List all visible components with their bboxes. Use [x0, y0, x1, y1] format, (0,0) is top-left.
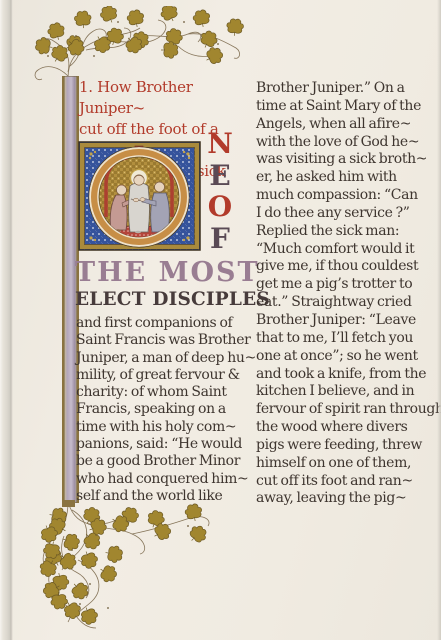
text-line: cut off its foot and ran~: [256, 473, 440, 491]
manuscript-photo: 1. How Brother Juniper~cut off the foot …: [0, 0, 441, 640]
text-line: self and the world like: [76, 488, 242, 505]
ivy-border-bottom-icon: [28, 500, 225, 640]
text-line: fervour of spirit ran through: [256, 401, 440, 419]
text-line: mility, of great fervour &: [76, 367, 242, 384]
text-line: Francis, speaking on a: [76, 401, 242, 418]
text-line: who had conquered him~: [76, 471, 242, 488]
text-line: the wood where divers: [256, 419, 440, 437]
initial-letter: E: [202, 160, 238, 192]
ivy-border-top-icon: [28, 6, 248, 84]
text-line: and took a knife, from the: [256, 366, 440, 384]
text-line: with the love of God he~: [256, 134, 440, 152]
text-line: give me, if thou couldest: [256, 258, 440, 276]
text-line: one at once”; so he went: [256, 348, 440, 366]
heading-line-2: ELECT DISCIPLES: [75, 289, 241, 310]
text-line: Brother Juniper: “Leave: [256, 312, 440, 330]
text-line: pigs were feeding, threw: [256, 437, 440, 455]
text-line: get me a pig’s trotter to: [256, 276, 440, 294]
text-line: much compassion: “Can: [256, 187, 440, 205]
text-line: I do thee any service ?”: [256, 205, 440, 223]
initial-letters: NEOF: [202, 128, 238, 254]
text-line: er, he asked him with: [256, 169, 440, 187]
text-column-left: and first companions ofSaint Francis was…: [76, 315, 242, 505]
text-line: that to me, I’ll fetch you: [256, 330, 440, 348]
text-line: Juniper, a man of deep hu~: [76, 350, 242, 367]
text-line: kitchen I believe, and in: [256, 383, 440, 401]
illuminated-initial-miniature: [78, 141, 201, 251]
text-line: himself on one of them,: [256, 455, 440, 473]
text-line: time with his holy com~: [76, 419, 242, 436]
text-line: and first companions of: [76, 315, 242, 332]
text-line: away, leaving the pig~: [256, 490, 440, 508]
heading-line-1: THE MOST: [75, 257, 241, 288]
text-line: be a good Brother Minor: [76, 453, 242, 470]
text-column-right: Brother Juniper.” On atime at Saint Mary…: [256, 80, 440, 508]
initial-letter: N: [202, 128, 238, 160]
text-line: panions, said: “He would: [76, 436, 242, 453]
rubric-line: 1. How Brother Juniper~: [79, 77, 247, 119]
text-line: time at Saint Mary of the: [256, 98, 440, 116]
text-line: Angels, when all afire~: [256, 116, 440, 134]
initial-letter: F: [202, 223, 238, 255]
book-page-edge: [0, 0, 13, 640]
initial-letter: O: [202, 191, 238, 223]
text-line: Brother Juniper.” On a: [256, 80, 440, 98]
text-line: Saint Francis was Brother: [76, 332, 242, 349]
text-line: Replied the sick man:: [256, 223, 440, 241]
text-line: “Much comfort would it: [256, 241, 440, 259]
text-line: eat.” Straightway cried: [256, 294, 440, 312]
photo-right-edge: [437, 0, 441, 640]
text-line: charity: of whom Saint: [76, 384, 242, 401]
text-line: was visiting a sick broth~: [256, 151, 440, 169]
